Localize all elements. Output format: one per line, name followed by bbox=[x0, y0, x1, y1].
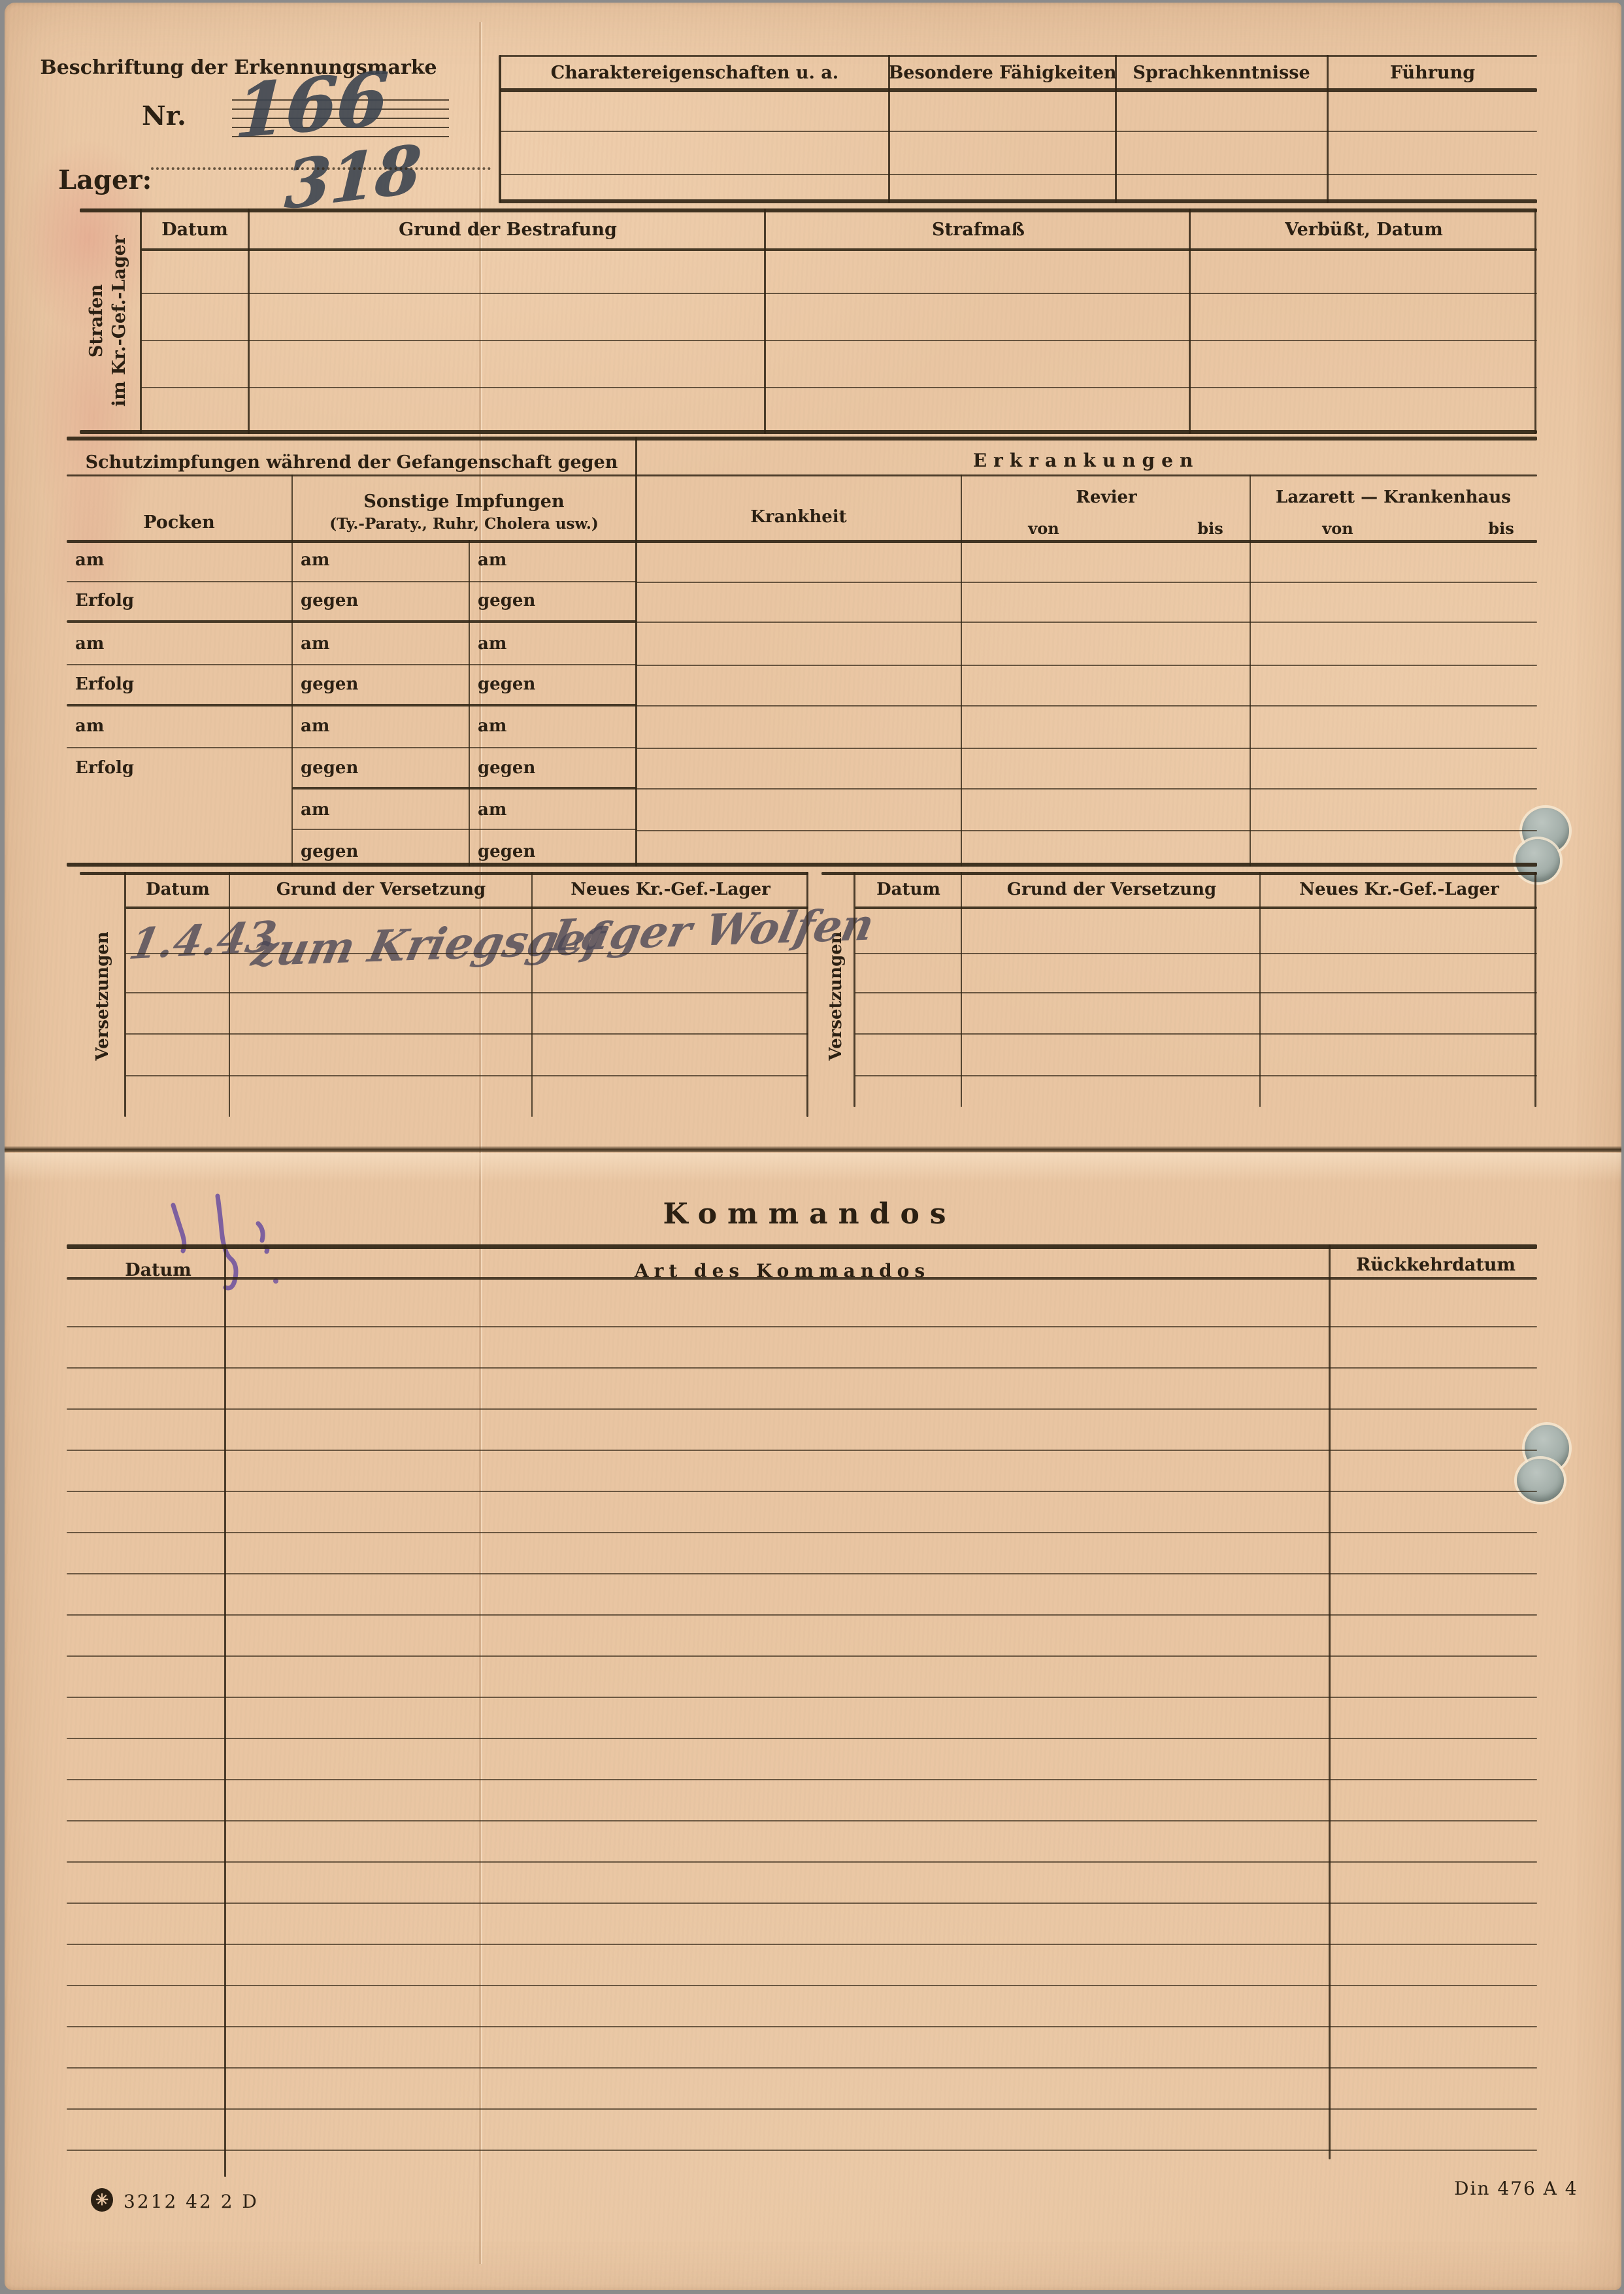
rule-vline bbox=[961, 474, 962, 867]
rule-hline bbox=[67, 1450, 1537, 1451]
rule-hline bbox=[80, 208, 1537, 212]
rule-vline bbox=[499, 55, 501, 203]
rule-hline bbox=[67, 1944, 1537, 1945]
rule-vline bbox=[961, 872, 962, 1107]
punishment-col-strafmass: Strafmaß bbox=[932, 220, 1025, 240]
vaccination-cell-label: gegen bbox=[301, 842, 358, 861]
vaccination-cell-label: am bbox=[75, 634, 104, 654]
illness-col-krankheit: Krankheit bbox=[750, 507, 846, 527]
rule-hline bbox=[67, 2108, 1537, 2110]
rule-hline bbox=[67, 474, 637, 476]
rule-hline bbox=[67, 2026, 1537, 2027]
scanned-pow-record-card: Beschriftung der Erkennungsmarke Nr. 166… bbox=[0, 0, 1624, 2294]
rule-hline bbox=[855, 1075, 1537, 1076]
traits-col-faehigkeiten: Besondere Fähigkeiten bbox=[888, 63, 1116, 83]
din-code: Din 476 A 4 bbox=[1454, 2178, 1578, 2199]
vaccination-cell-label: Erfolg bbox=[75, 591, 134, 610]
rule-vline bbox=[469, 540, 470, 867]
rule-hline bbox=[67, 863, 1537, 867]
rule-vline bbox=[229, 872, 230, 1117]
rule-vline bbox=[531, 872, 533, 1117]
rule-hline bbox=[500, 199, 1537, 203]
rule-hline bbox=[67, 1614, 1537, 1616]
lager-label: Lager: bbox=[58, 165, 152, 195]
rule-hline bbox=[141, 248, 1537, 251]
paper-crease-highlight bbox=[481, 22, 482, 2264]
vaccination-col-sonstige-line2: (Ty.-Paraty., Ruhr, Cholera usw.) bbox=[329, 515, 599, 533]
rule-hline bbox=[67, 1738, 1537, 1739]
punishment-side-label-line1: Strafen bbox=[85, 235, 108, 407]
vaccination-cell-label: am bbox=[75, 550, 104, 570]
punishment-col-grund: Grund der Bestrafung bbox=[399, 220, 617, 240]
rule-hline bbox=[125, 1033, 808, 1035]
rule-hline bbox=[855, 992, 1537, 993]
rule-vline bbox=[888, 55, 890, 203]
rule-vline bbox=[1189, 208, 1191, 434]
rule-vline bbox=[764, 208, 766, 434]
rule-vline bbox=[1534, 872, 1536, 1107]
rule-hline bbox=[67, 1326, 1537, 1327]
vaccination-cell-label: am bbox=[478, 634, 506, 654]
kommandos-col-rueckkehr: Rückkehrdatum bbox=[1356, 1255, 1516, 1275]
fold-highlight bbox=[5, 1153, 1621, 1182]
rule-hline bbox=[67, 1655, 1537, 1657]
vaccination-title: Schutzimpfungen während der Gefangenscha… bbox=[86, 452, 618, 473]
rule-hline bbox=[67, 1277, 1537, 1280]
vaccination-cell-label: am bbox=[478, 800, 506, 820]
vaccination-cell-label: am bbox=[301, 800, 329, 820]
fold-line bbox=[5, 1146, 1621, 1152]
rule-hline bbox=[67, 1697, 1537, 1698]
rule-hline bbox=[67, 1779, 1537, 1780]
rule-hline bbox=[80, 872, 808, 875]
rule-hline bbox=[67, 1367, 1537, 1369]
kommandos-title: Kommandos bbox=[663, 1197, 956, 1231]
transfers-right-col-datum: Datum bbox=[876, 880, 940, 899]
rule-hline bbox=[821, 872, 1537, 875]
paper-crease bbox=[479, 22, 481, 2264]
punch-hole bbox=[1516, 839, 1560, 882]
rule-hline bbox=[67, 1903, 1537, 1904]
rule-vline bbox=[1329, 1244, 1331, 2159]
illness-revier-von: von bbox=[1028, 519, 1059, 538]
rule-hline bbox=[500, 55, 1537, 57]
vaccination-cell-label: Erfolg bbox=[75, 758, 134, 778]
transfers-left-col-grund: Grund der Versetzung bbox=[276, 880, 486, 899]
paper-card: Beschriftung der Erkennungsmarke Nr. 166… bbox=[5, 3, 1621, 2290]
vaccination-cell-label: gegen bbox=[478, 674, 535, 694]
rule-hline bbox=[637, 474, 1537, 476]
rule-vline bbox=[1259, 872, 1261, 1107]
rule-hline bbox=[855, 906, 1537, 909]
rule-vline bbox=[635, 437, 637, 867]
illness-lazarett-von: von bbox=[1322, 519, 1353, 538]
illness-col-revier: Revier bbox=[1076, 488, 1136, 507]
rule-hline bbox=[67, 540, 1537, 543]
rule-hline bbox=[67, 2150, 1537, 2151]
rule-hline bbox=[500, 131, 1537, 132]
vaccination-cell-label: am bbox=[301, 716, 329, 736]
traits-col-sprachen: Sprachkenntnisse bbox=[1133, 63, 1310, 83]
rule-hline bbox=[141, 340, 1537, 341]
rule-vline bbox=[1115, 55, 1117, 203]
rule-hline bbox=[67, 620, 637, 623]
rule-hline bbox=[500, 88, 1537, 92]
transfers-left-col-neues: Neues Kr.-Gef.-Lager bbox=[571, 880, 771, 899]
violet-ink-scribble bbox=[155, 1184, 312, 1315]
rule-hline bbox=[637, 665, 1537, 666]
form-code: 3212 42 2 D bbox=[124, 2191, 259, 2212]
vaccination-cell-label: Erfolg bbox=[75, 674, 134, 694]
rule-hline bbox=[637, 622, 1537, 623]
rule-hline bbox=[67, 437, 1537, 441]
rule-hline bbox=[125, 953, 808, 954]
transfers-left-col-datum: Datum bbox=[146, 880, 210, 899]
rule-hline bbox=[67, 1861, 1537, 1863]
rule-hline bbox=[67, 664, 637, 665]
rule-vline bbox=[291, 474, 293, 867]
rule-vline bbox=[806, 872, 808, 1117]
vaccination-cell-label: am bbox=[301, 634, 329, 654]
rule-hline bbox=[637, 748, 1537, 749]
punch-hole bbox=[1517, 1459, 1564, 1502]
rule-vline bbox=[224, 1244, 226, 2177]
rule-hline bbox=[637, 705, 1537, 706]
vaccination-cell-label: gegen bbox=[478, 591, 535, 610]
illness-lazarett-bis: bis bbox=[1488, 519, 1514, 538]
rule-hline bbox=[67, 747, 637, 748]
rule-vline bbox=[124, 872, 126, 1117]
rule-hline bbox=[67, 1491, 1537, 1492]
transfers-right-col-grund: Grund der Versetzung bbox=[1007, 880, 1216, 899]
vaccination-cell-label: gegen bbox=[301, 758, 358, 778]
nr-label: Nr. bbox=[142, 101, 186, 131]
lager-dotted-line bbox=[151, 167, 491, 170]
rule-hline bbox=[855, 953, 1537, 954]
rule-hline bbox=[67, 1244, 1537, 1249]
rule-hline bbox=[67, 1573, 1537, 1574]
vaccination-col-pocken: Pocken bbox=[143, 512, 215, 533]
rule-hline bbox=[637, 830, 1537, 831]
rule-hline bbox=[292, 787, 637, 790]
illness-revier-bis: bis bbox=[1197, 519, 1223, 538]
rule-hline bbox=[855, 1033, 1537, 1035]
rule-vline bbox=[140, 208, 142, 434]
vaccination-cell-label: gegen bbox=[478, 842, 535, 861]
rule-vline bbox=[1250, 474, 1251, 867]
vaccination-cell-label: gegen bbox=[301, 591, 358, 610]
vaccination-cell-label: gegen bbox=[478, 758, 535, 778]
rule-vline bbox=[248, 208, 250, 434]
rule-hline bbox=[67, 1408, 1537, 1410]
rule-hline bbox=[637, 788, 1537, 790]
rule-hline bbox=[67, 704, 637, 706]
rule-hline bbox=[67, 1985, 1537, 1986]
rule-vline bbox=[853, 872, 855, 1107]
vaccination-cell-label: am bbox=[478, 716, 506, 736]
rule-hline bbox=[67, 2067, 1537, 2069]
punishment-col-verbuesst: Verbüßt, Datum bbox=[1285, 220, 1443, 240]
rule-vline bbox=[1327, 55, 1329, 203]
rule-hline bbox=[125, 992, 808, 993]
rule-hline bbox=[67, 581, 637, 582]
rule-hline bbox=[125, 906, 808, 909]
rule-hline bbox=[67, 1532, 1537, 1533]
rule-vline bbox=[1534, 208, 1536, 434]
transfers-right-col-neues: Neues Kr.-Gef.-Lager bbox=[1299, 880, 1499, 899]
rule-hline bbox=[80, 430, 1537, 434]
traits-col-fuehrung: Führung bbox=[1390, 63, 1475, 83]
rule-hline bbox=[141, 293, 1537, 294]
traits-col-charakter: Charaktereigenschaften u. a. bbox=[551, 63, 838, 83]
vaccination-col-sonstige-line1: Sonstige Impfungen bbox=[363, 491, 564, 512]
punishment-side-label-line2: im Kr.-Gef.-Lager bbox=[108, 235, 131, 407]
vaccination-cell-label: am bbox=[478, 550, 506, 570]
rule-hline bbox=[292, 829, 637, 830]
vaccination-cell-label: am bbox=[75, 716, 104, 736]
punishment-col-datum: Datum bbox=[161, 220, 228, 240]
vaccination-cell-label: gegen bbox=[301, 674, 358, 694]
illness-col-lazarett: Lazarett — Krankenhaus bbox=[1276, 488, 1511, 507]
rule-hline bbox=[125, 1075, 808, 1076]
illness-title: Erkrankungen bbox=[973, 450, 1200, 471]
vaccination-cell-label: am bbox=[301, 550, 329, 570]
rule-hline bbox=[637, 582, 1537, 583]
rule-hline bbox=[67, 1820, 1537, 1821]
printer-seal-icon: ✳ bbox=[91, 2188, 113, 2212]
rule-hline bbox=[500, 174, 1537, 175]
rule-hline bbox=[141, 387, 1537, 388]
